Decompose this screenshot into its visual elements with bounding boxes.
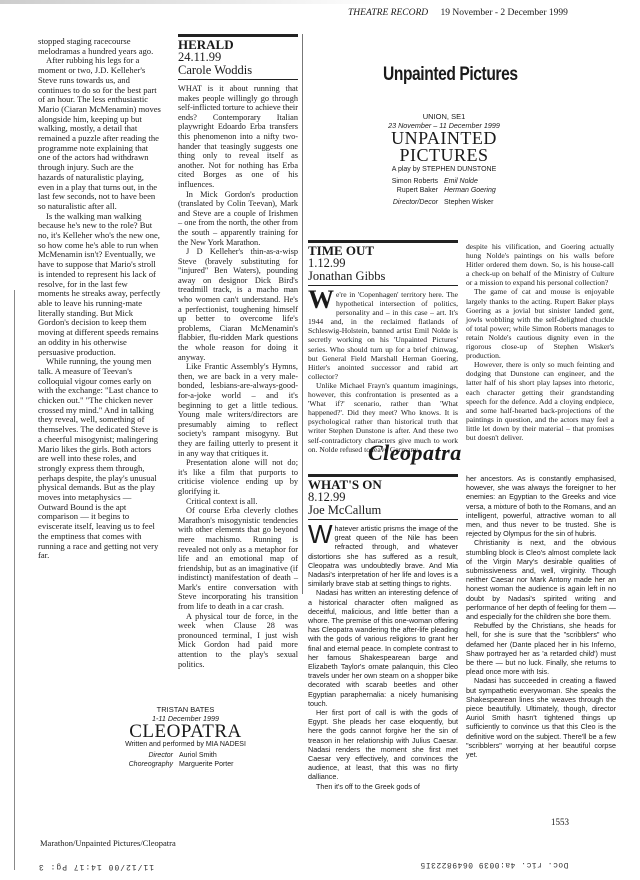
paragraph: Christianity is next, and the obvious st… bbox=[466, 538, 616, 621]
paragraph: In Mick Gordon's production (translated … bbox=[178, 190, 298, 248]
review-critic: Joe McCallum bbox=[308, 504, 458, 520]
review-heading: WHAT'S ON 8.12.99 Joe McCallum bbox=[308, 474, 458, 520]
paragraph: Of course Erba cleverly clothes Marathon… bbox=[178, 506, 298, 612]
paragraph: J D Kelleher's thin-as-a-wisp Steve (bra… bbox=[178, 247, 298, 362]
fax-stamp-left: 11/12/00 14:17 Pg: 3 bbox=[38, 862, 154, 871]
venue: UNION, SE1 bbox=[380, 112, 508, 121]
paragraph: Critical context is all. bbox=[178, 497, 298, 507]
credits-list: Director Auriol Smith Choreography Margu… bbox=[93, 751, 278, 769]
scan-edge bbox=[0, 0, 640, 4]
credit-name: Auriol Smith bbox=[179, 751, 269, 760]
paragraph: Nadasi has written an interesting defenc… bbox=[308, 588, 458, 708]
cleopatra-credits: TRISTAN BATES 1-11 December 1999 CLEOPAT… bbox=[93, 705, 278, 769]
paragraph: despite his vilification, and Goering ac… bbox=[466, 242, 614, 287]
actor-name: Rupert Baker bbox=[380, 186, 438, 195]
whatson-review: WHAT'S ON 8.12.99 Joe McCallum Whatever … bbox=[308, 474, 458, 791]
credit-label: Choreography bbox=[93, 760, 173, 769]
fax-stamp-right: Doc. ric. 4a:0039 06498223I5 bbox=[420, 860, 568, 869]
paragraph: WHAT is it about running that makes peop… bbox=[178, 84, 298, 190]
herald-review: HERALD 24.11.99 Carole Woddis WHAT is it… bbox=[178, 34, 298, 669]
role-name: Emil Nolde bbox=[444, 177, 514, 186]
byline: A play by STEPHEN DUNSTONE bbox=[380, 166, 508, 173]
running-footer-title: Marathon/Unpainted Pictures/Cleopatra bbox=[40, 838, 176, 848]
timeout-review: TIME OUT 1.12.99 Jonathan Gibbs We're in… bbox=[308, 240, 458, 454]
paragraph: her ancestors. As is constantly emphasis… bbox=[466, 474, 616, 538]
credit-label: Director bbox=[93, 751, 173, 760]
paragraph: However, there is only so much feinting … bbox=[466, 360, 614, 442]
venue: TRISTAN BATES bbox=[93, 705, 278, 714]
review-body: We're in 'Copenhagen' territory here. Th… bbox=[308, 290, 458, 454]
paragraph: While running, the young men talk. A mea… bbox=[38, 357, 161, 561]
role-name: Herman Goering bbox=[444, 186, 514, 195]
review-body: WHAT is it about running that makes peop… bbox=[178, 84, 298, 669]
paragraph: Nadasi has succeeded in creating a flawe… bbox=[466, 676, 616, 759]
paragraph: Is the walking man walking because he's … bbox=[38, 212, 161, 358]
paragraph: Presentation alone will not do; it's lik… bbox=[178, 458, 298, 496]
paragraph: Rebuffed by the Christians, she heads fo… bbox=[466, 621, 616, 676]
paragraph: Then it's off to the Greek gods of bbox=[308, 782, 458, 791]
play-title: UNPAINTED PICTURES bbox=[380, 130, 508, 164]
page-number: 1553 bbox=[551, 817, 569, 827]
publication-name: THEATRE RECORD bbox=[348, 8, 428, 18]
play-title: CLEOPATRA bbox=[93, 723, 278, 741]
whatson-review-col2: her ancestors. As is constantly emphasis… bbox=[466, 474, 616, 759]
column-divider bbox=[302, 34, 303, 594]
drop-cap: W bbox=[308, 290, 334, 310]
director-label: Director/Decor bbox=[380, 198, 438, 207]
paragraph: After rubbing his legs for a moment or t… bbox=[38, 56, 161, 211]
unpainted-pictures-credits: UNION, SE1 23 November – 11 December 199… bbox=[380, 112, 508, 207]
running-header: THEATRE RECORD 19 November - 2 December … bbox=[348, 8, 568, 18]
credit-name: Marguerite Porter bbox=[179, 760, 269, 769]
review-heading: TIME OUT 1.12.99 Jonathan Gibbs bbox=[308, 240, 458, 286]
review-critic: Carole Woddis bbox=[178, 64, 298, 80]
paragraph: Like Frantic Assembly's Hymns, then, we … bbox=[178, 362, 298, 458]
paragraph: Her first port of call is with the gods … bbox=[308, 708, 458, 782]
actor-name: Simon Roberts bbox=[380, 177, 438, 186]
left-margin-rule bbox=[14, 290, 15, 870]
section-title-unpainted-pictures: Unpainted Pictures bbox=[383, 64, 518, 86]
review-critic: Jonathan Gibbs bbox=[308, 270, 458, 286]
review-heading: HERALD 24.11.99 Carole Woddis bbox=[178, 34, 298, 80]
section-title-cleopatra: Cleopatra bbox=[368, 440, 462, 466]
cast-list: Simon Roberts Emil Nolde Rupert Baker He… bbox=[380, 177, 508, 207]
director-name: Stephen Wisker bbox=[444, 198, 514, 207]
review-body: Whatever artistic prisms the image of th… bbox=[308, 524, 458, 791]
drop-cap: W bbox=[308, 524, 333, 544]
byline: Written and performed by MIA NADESI bbox=[93, 741, 278, 748]
issue-date-range: 19 November - 2 December 1999 bbox=[441, 8, 568, 18]
timeout-review-col2: despite his vilification, and Goering ac… bbox=[466, 242, 614, 442]
paragraph: stopped staging racecourse melodramas a … bbox=[38, 37, 161, 56]
paragraph: A physical tour de force, in the week wh… bbox=[178, 612, 298, 670]
marathon-review-continued: stopped staging racecourse melodramas a … bbox=[38, 37, 161, 561]
paragraph: The game of cat and mouse is enjoyable l… bbox=[466, 287, 614, 360]
